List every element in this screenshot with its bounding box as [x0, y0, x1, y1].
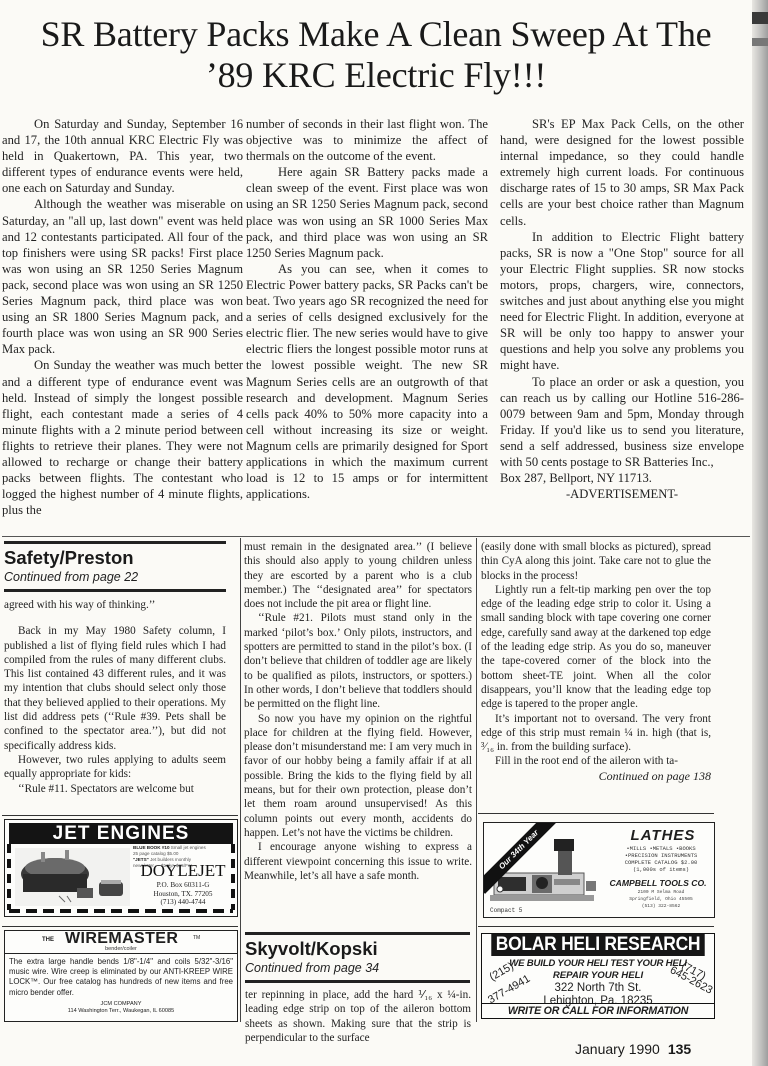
phone-number: (713) 440-4744	[133, 898, 233, 907]
advertisement-tag: -ADVERTISEMENT-	[500, 486, 744, 502]
header-rule	[245, 932, 470, 935]
paragraph: On Saturday and Sunday, September 16 and…	[2, 116, 243, 196]
paragraph: However, two rules applying to adults se…	[4, 753, 226, 782]
ad-brand: DOYLEJET	[133, 862, 233, 880]
section-subtitle: Continued from page 34	[245, 961, 470, 976]
address-line: 2100 M Selma Road	[608, 889, 714, 896]
paragraph: So now you have my opinion on the rightf…	[244, 712, 472, 841]
ad-company: JCM COMPANY 114 Washington Terr., Waukeg…	[5, 1001, 237, 1015]
paragraph: Fill in the root end of the aileron with…	[481, 754, 711, 768]
paragraph: SR's EP Max Pack Cells, on the other han…	[500, 116, 744, 229]
model-label: Compact 5	[490, 907, 522, 914]
skyvolt-column-2: (easily done with small blocks as pictur…	[481, 540, 711, 783]
page-scan-edge	[752, 0, 768, 1066]
trademark: TM	[193, 935, 200, 941]
paragraph: It’s important not to oversand. The very…	[481, 712, 711, 755]
section-title: Skyvolt/Kopski	[245, 937, 470, 961]
ad-subtitle: bender/coiler	[5, 946, 237, 952]
section-title: Safety/Preston	[4, 546, 226, 570]
company-name: CAMPBELL TOOLS CO.	[602, 878, 714, 888]
catalog-note: (1,000s of items)	[608, 866, 714, 873]
paragraph: Here again SR Battery packs made a clean…	[246, 164, 488, 261]
ad-banner: JET ENGINES	[9, 823, 233, 844]
skyvolt-column-1: ter repinning in place, add the hard ⅟₁₆…	[245, 988, 471, 1045]
paragraph: (easily done with small blocks as pictur…	[481, 540, 711, 583]
address-line: Houston, TX. 77205	[133, 890, 233, 899]
bolar-heli-ad: BOLAR HELI RESEARCH WE BUILD YOUR HELI T…	[481, 933, 715, 1019]
paragraph: To place an order or ask a question, you…	[500, 374, 744, 471]
paragraph: ‘‘Rule #21. Pilots must stand only in th…	[244, 611, 472, 711]
info-bold: BLUE BOOK #10	[133, 845, 170, 850]
info-text: Small jet engines	[170, 845, 206, 850]
advertorial-column-3: SR's EP Max Pack Cells, on the other han…	[500, 116, 744, 502]
paragraph: must remain in the designated area.’’ (I…	[244, 540, 472, 611]
column-rule	[240, 538, 241, 1022]
headline-line-2: ’89 KRC Electric Fly!!!	[0, 55, 752, 96]
company-name: JCM COMPANY	[5, 1001, 237, 1008]
header-rule	[245, 980, 470, 983]
ad-description: The extra large handle bends 1/8"-1/4" a…	[5, 954, 237, 998]
street-address: 322 North 7th St.	[482, 982, 714, 995]
issue-date: January 1990	[575, 1041, 660, 1057]
page-number: 135	[668, 1041, 691, 1057]
jet-engine-photo	[15, 848, 130, 906]
ad-divider	[2, 815, 238, 816]
paragraph: agreed with his way of thinking.’’	[4, 598, 226, 612]
product-line: •PRECISION INSTRUMENTS	[608, 852, 714, 859]
wiremaster-ad: THE WIREMASTER TM bender/coiler The extr…	[4, 930, 238, 1022]
skyvolt-section-header: Skyvolt/Kopski Continued from page 34	[245, 932, 470, 983]
advertorial-column-2: number of seconds in their last flight w…	[246, 116, 488, 502]
ad-divider	[478, 926, 714, 927]
address-line: P.O. Box 60311-G	[133, 881, 233, 890]
paragraph: As you can see, when it comes to Electri…	[246, 261, 488, 502]
page-folio: January 1990135	[575, 1041, 691, 1057]
company-address: 2100 M Selma Road Springfield, Ohio 4550…	[608, 889, 714, 910]
catalog-line: COMPLETE CATALOG $2.00	[608, 859, 714, 866]
ad-the: THE	[42, 937, 54, 943]
header-rule	[4, 589, 226, 592]
safety-column-2: must remain in the designated area.’’ (I…	[244, 540, 472, 883]
advertorial-column-1: On Saturday and Sunday, September 16 and…	[2, 116, 243, 518]
jet-engines-ad: JET ENGINES BLUE BOOK #10 Small jet engi…	[4, 819, 238, 917]
product-line: •MILLS •METALS •BOOKS	[608, 845, 714, 852]
header-rule	[4, 541, 226, 544]
campbell-lathes-ad: Our 34th Year Compact 5 LATHES •MILLS •M…	[483, 822, 715, 918]
paragraph: Lightly run a felt-tip marking pen over …	[481, 583, 711, 712]
paragraph: I encourage anyone wishing to express a …	[244, 840, 472, 883]
paragraph: number of seconds in their last flight w…	[246, 116, 488, 164]
advertorial-headline: SR Battery Packs Make A Clean Sweep At T…	[0, 14, 752, 96]
paragraph: ter repinning in place, add the hard ⅟₁₆…	[245, 988, 471, 1045]
paragraph: Although the weather was miserable on Sa…	[2, 196, 243, 357]
address-line: Box 287, Bellport, NY 11713.	[500, 470, 744, 486]
company-address: 114 Washington Terr., Waukegan, IL 60085	[5, 1008, 237, 1015]
section-subtitle: Continued from page 22	[4, 570, 226, 585]
ad-footer: WRITE OR CALL FOR INFORMATION	[482, 1003, 714, 1018]
address-line: Springfield, Ohio 45505	[608, 896, 714, 903]
ad-product-list: •MILLS •METALS •BOOKS •PRECISION INSTRUM…	[608, 845, 714, 873]
ad-divider	[2, 926, 238, 927]
safety-column-1: agreed with his way of thinking.’’ Back …	[4, 598, 226, 796]
paragraph: In addition to Electric Flight battery p…	[500, 229, 744, 374]
ad-banner: BOLAR HELI RESEARCH	[491, 934, 704, 956]
ad-title: LATHES	[614, 827, 712, 844]
safety-section-header: Safety/Preston Continued from page 22	[4, 541, 226, 592]
column-rule	[476, 538, 477, 1022]
ad-address: P.O. Box 60311-G Houston, TX. 77205 (713…	[133, 881, 233, 907]
paragraph: Back in my May 1980 Safety column, I pub…	[4, 624, 226, 753]
dashed-border	[7, 844, 11, 910]
ad-header: THE WIREMASTER TM bender/coiler	[5, 931, 237, 954]
headline-line-1: SR Battery Packs Make A Clean Sweep At T…	[0, 14, 752, 55]
paragraph: On Sunday the weather was much better an…	[2, 357, 243, 518]
paragraph: ‘‘Rule #11. Spectators are welcome but	[4, 782, 226, 796]
dashed-border	[9, 909, 233, 913]
continued-link[interactable]: Continued on page 138	[481, 769, 711, 783]
phone-number: (513) 322-8562	[608, 903, 714, 910]
section-divider	[2, 536, 750, 537]
ad-divider	[478, 813, 714, 814]
